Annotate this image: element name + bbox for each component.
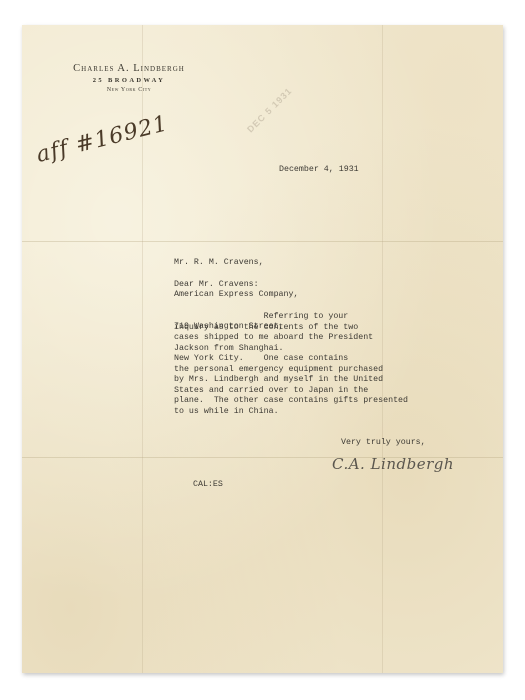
received-stamp: DEC 5 1931	[245, 86, 294, 135]
salutation: Dear Mr. Cravens:	[174, 280, 259, 291]
fold-line	[382, 25, 383, 673]
body-paragraph-1: Referring to your inquiry as to the cont…	[174, 312, 373, 354]
address-line: American Express Company,	[174, 290, 298, 301]
closing: Very truly yours,	[341, 438, 426, 449]
body-paragraph-2: One case contains the personal emergency…	[174, 354, 408, 418]
letterhead-name: Charles A. Lindbergh	[64, 63, 194, 74]
letterhead: Charles A. Lindbergh 25 BROADWAY New Yor…	[64, 63, 194, 93]
address-line: Mr. R. M. Cravens,	[174, 258, 298, 269]
letterhead-street: 25 BROADWAY	[64, 77, 194, 84]
reference-initials: CAL:ES	[193, 480, 223, 491]
letter-date: December 4, 1931	[279, 165, 359, 176]
letterhead-city: New York City	[64, 87, 194, 93]
letter-paper: Charles A. Lindbergh 25 BROADWAY New Yor…	[22, 25, 503, 673]
signature: C.A. Lindbergh	[332, 455, 454, 473]
handwritten-annotation: aff #16921	[34, 111, 171, 168]
